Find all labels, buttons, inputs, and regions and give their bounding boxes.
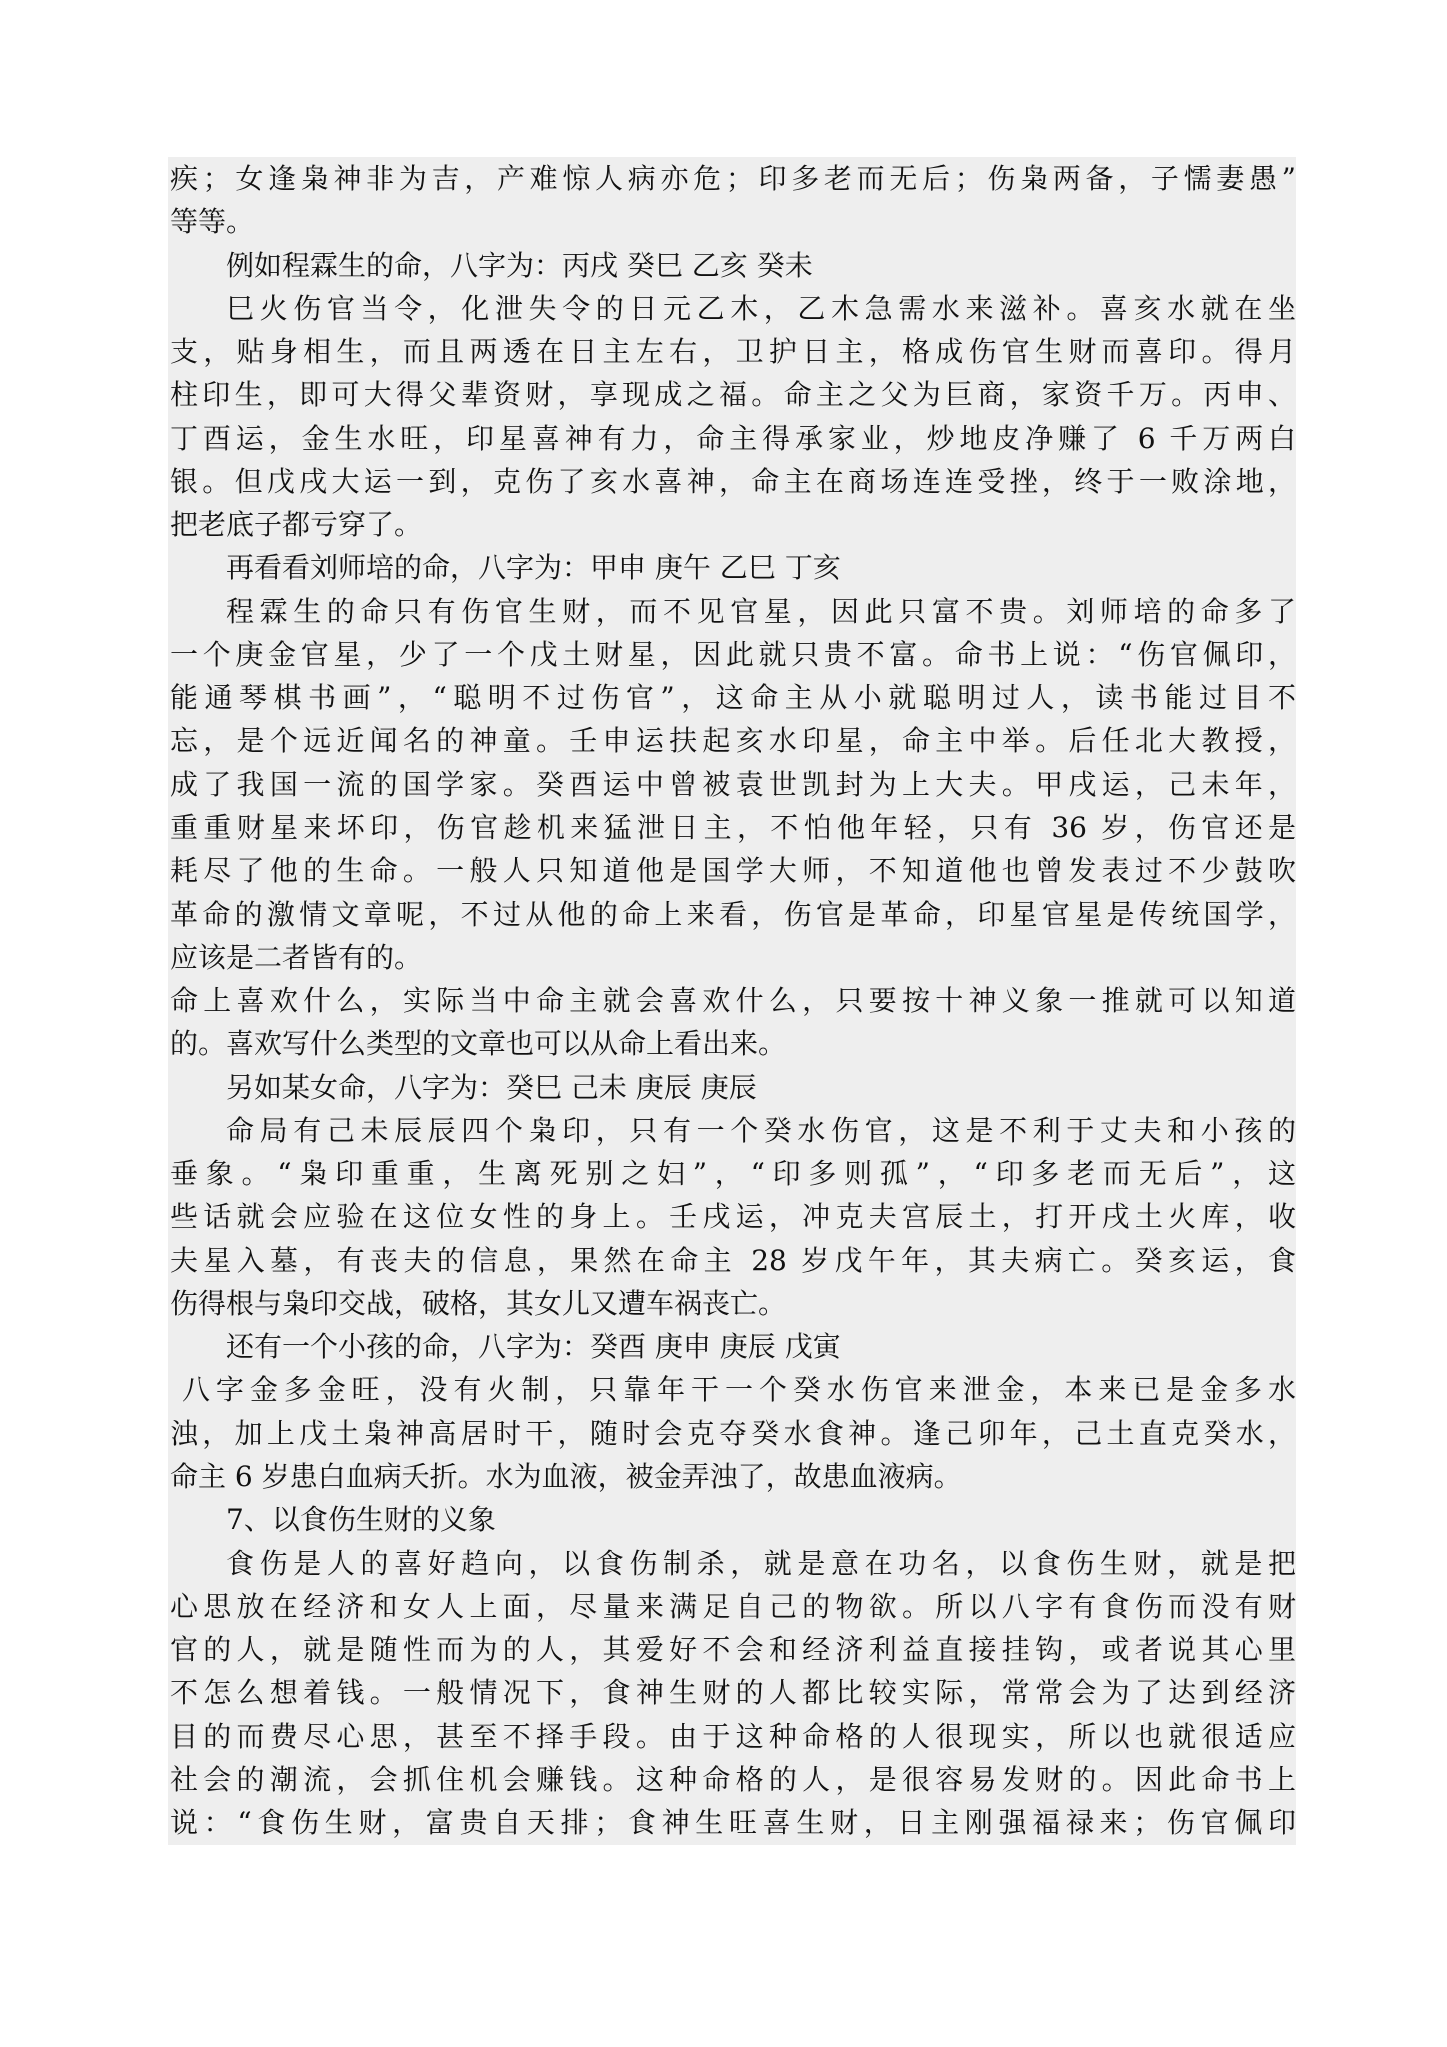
text-line: 疾；女逢枭神非为吉，产难惊人病亦危；印多老而无后；伤枭两备，子懦妻愚” xyxy=(170,157,1296,200)
text-line: 八字金多金旺，没有火制，只靠年干一个癸水伤官来泄金，本来已是金多水 xyxy=(170,1368,1296,1411)
text-line: 能通琴棋书画”，“聪明不过伤官”，这命主从小就聪明过人，读书能过目不 xyxy=(170,676,1296,719)
text-line: 些话就会应验在这位女性的身上。壬戌运，冲克夫宫辰土，打开戌土火库，收 xyxy=(170,1195,1296,1238)
text-line: 目的而费尽心思，甚至不择手段。由于这种命格的人很现实，所以也就很适应 xyxy=(170,1715,1296,1758)
text-line: 垂象。“枭印重重，生离死别之妇”，“印多则孤”，“印多老而无后”，这 xyxy=(170,1152,1296,1195)
text-line: 官的人，就是随性而为的人，其爱好不会和经济利益直接挂钩，或者说其心里 xyxy=(170,1628,1296,1671)
text-line: 再看看刘师培的命，八字为：甲申 庚午 乙巳 丁亥 xyxy=(170,546,1296,589)
text-line: 浊，加上戊土枭神高居时干，随时会克夺癸水食神。逢己卯年，己土直克癸水， xyxy=(170,1412,1296,1455)
text-line: 伤得根与枭印交战，破格，其女儿又遭车祸丧亡。 xyxy=(170,1282,1296,1325)
text-line: 例如程霖生的命，八字为：丙戌 癸巳 乙亥 癸未 xyxy=(170,244,1296,287)
text-line: 另如某女命，八字为：癸巳 己未 庚辰 庚辰 xyxy=(170,1066,1296,1109)
text-line: 一个庚金官星，少了一个戊土财星，因此就只贵不富。命书上说：“伤官佩印， xyxy=(170,633,1296,676)
text-line: 耗尽了他的生命。一般人只知道他是国学大师，不知道他也曾发表过不少鼓吹 xyxy=(170,849,1296,892)
text-line: 命上喜欢什么，实际当中命主就会喜欢什么，只要按十神义象一推就可以知道 xyxy=(170,979,1296,1022)
document-page: 疾；女逢枭神非为吉，产难惊人病亦危；印多老而无后；伤枭两备，子懦妻愚”等等。例如… xyxy=(168,157,1296,1845)
text-line: 心思放在经济和女人上面，尽量来满足自己的物欲。所以八字有食伤而没有财 xyxy=(170,1585,1296,1628)
text-line: 夫星入墓，有丧夫的信息，果然在命主 28 岁戊午年，其夫病亡。癸亥运，食 xyxy=(170,1239,1296,1282)
text-line: 程霖生的命只有伤官生财，而不见官星，因此只富不贵。刘师培的命多了 xyxy=(170,590,1296,633)
text-line: 食伤是人的喜好趋向，以食伤制杀，就是意在功名，以食伤生财，就是把 xyxy=(170,1542,1296,1585)
text-line: 还有一个小孩的命，八字为：癸酉 庚申 庚辰 戊寅 xyxy=(170,1325,1296,1368)
text-line: 丁酉运，金生水旺，印星喜神有力，命主得承家业，炒地皮净赚了 6 千万两白 xyxy=(170,417,1296,460)
text-line: 柱印生，即可大得父辈资财，享现成之福。命主之父为巨商，家资千万。丙申、 xyxy=(170,373,1296,416)
text-line: 重重财星来坏印，伤官趁机来猛泄日主，不怕他年轻，只有 36 岁，伤官还是 xyxy=(170,806,1296,849)
text-line: 不怎么想着钱。一般情况下，食神生财的人都比较实际，常常会为了达到经济 xyxy=(170,1671,1296,1714)
document-body-text: 疾；女逢枭神非为吉，产难惊人病亦危；印多老而无后；伤枭两备，子懦妻愚”等等。例如… xyxy=(170,157,1296,1844)
text-line: 应该是二者皆有的。 xyxy=(170,936,1296,979)
text-line: 命局有己未辰辰四个枭印，只有一个癸水伤官，这是不利于丈夫和小孩的 xyxy=(170,1109,1296,1152)
text-line: 等等。 xyxy=(170,200,1296,243)
text-line: 革命的激情文章呢，不过从他的命上来看，伤官是革命，印星官星是传统国学， xyxy=(170,893,1296,936)
text-line: 支，贴身相生，而且两透在日主左右，卫护日主，格成伤官生财而喜印。得月 xyxy=(170,330,1296,373)
text-line: 说：“食伤生财，富贵自天排；食神生旺喜生财，日主刚强福禄来；伤官佩印 xyxy=(170,1801,1296,1844)
text-line: 银。但戊戌大运一到，克伤了亥水喜神，命主在商场连连受挫，终于一败涂地， xyxy=(170,460,1296,503)
text-line: 社会的潮流，会抓住机会赚钱。这种命格的人，是很容易发财的。因此命书上 xyxy=(170,1758,1296,1801)
text-line: 忘，是个远近闻名的神童。壬申运扶起亥水印星，命主中举。后任北大教授， xyxy=(170,719,1296,762)
text-line: 把老底子都亏穿了。 xyxy=(170,503,1296,546)
text-line: 命主 6 岁患白血病夭折。水为血液，被金弄浊了，故患血液病。 xyxy=(170,1455,1296,1498)
text-line: 巳火伤官当令，化泄失令的日元乙木，乙木急需水来滋补。喜亥水就在坐 xyxy=(170,287,1296,330)
text-line: 的。喜欢写什么类型的文章也可以从命上看出来。 xyxy=(170,1022,1296,1065)
text-line: 成了我国一流的国学家。癸酉运中曾被袁世凯封为上大夫。甲戌运，己未年， xyxy=(170,763,1296,806)
text-line: 7、以食伤生财的义象 xyxy=(170,1498,1296,1541)
